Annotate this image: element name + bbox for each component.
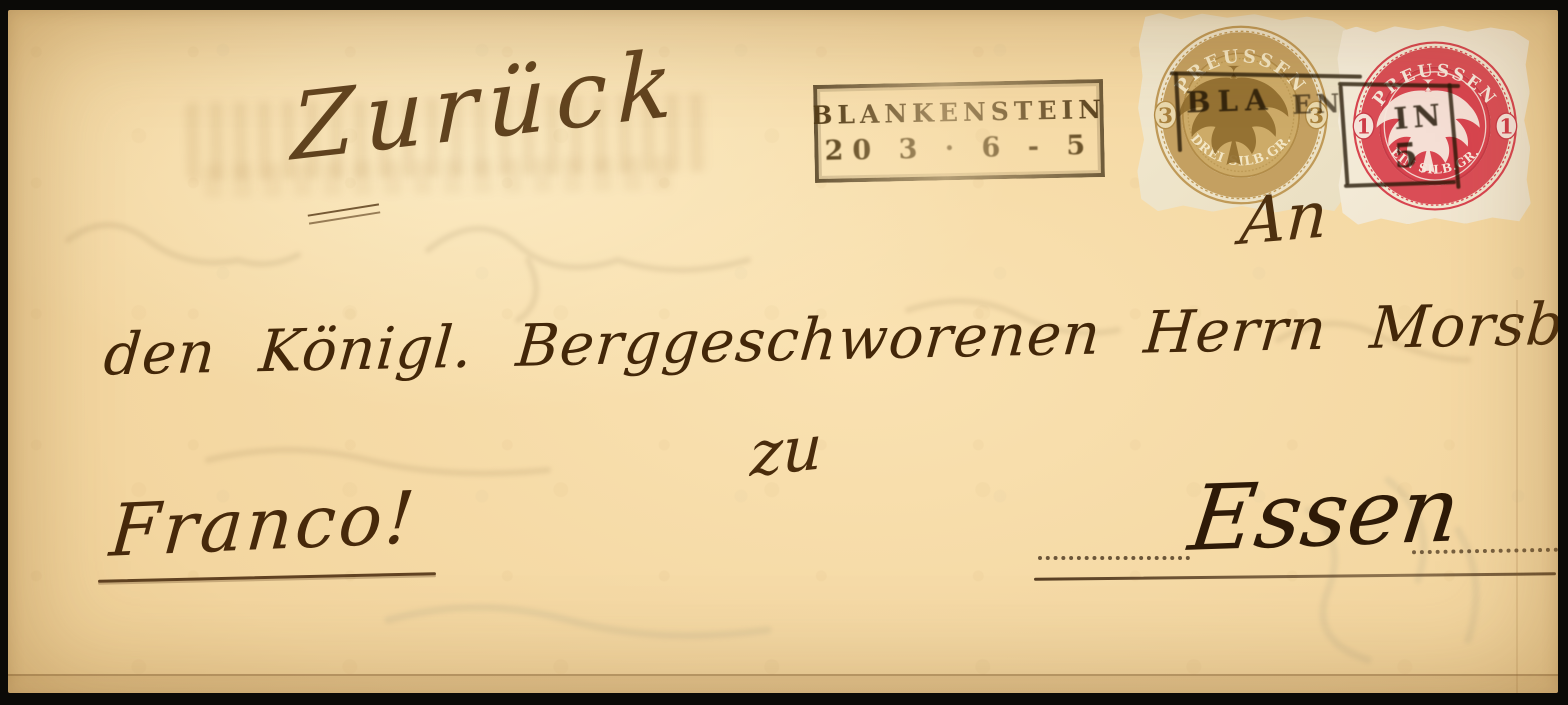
envelope: Zurück BLANKENSTEIN 20 3 · 6 - 5 PREUSSE… [8, 10, 1558, 693]
photo-frame: Zurück BLANKENSTEIN 20 3 · 6 - 5 PREUSSE… [0, 0, 1568, 705]
scan-vignette [8, 10, 1558, 693]
